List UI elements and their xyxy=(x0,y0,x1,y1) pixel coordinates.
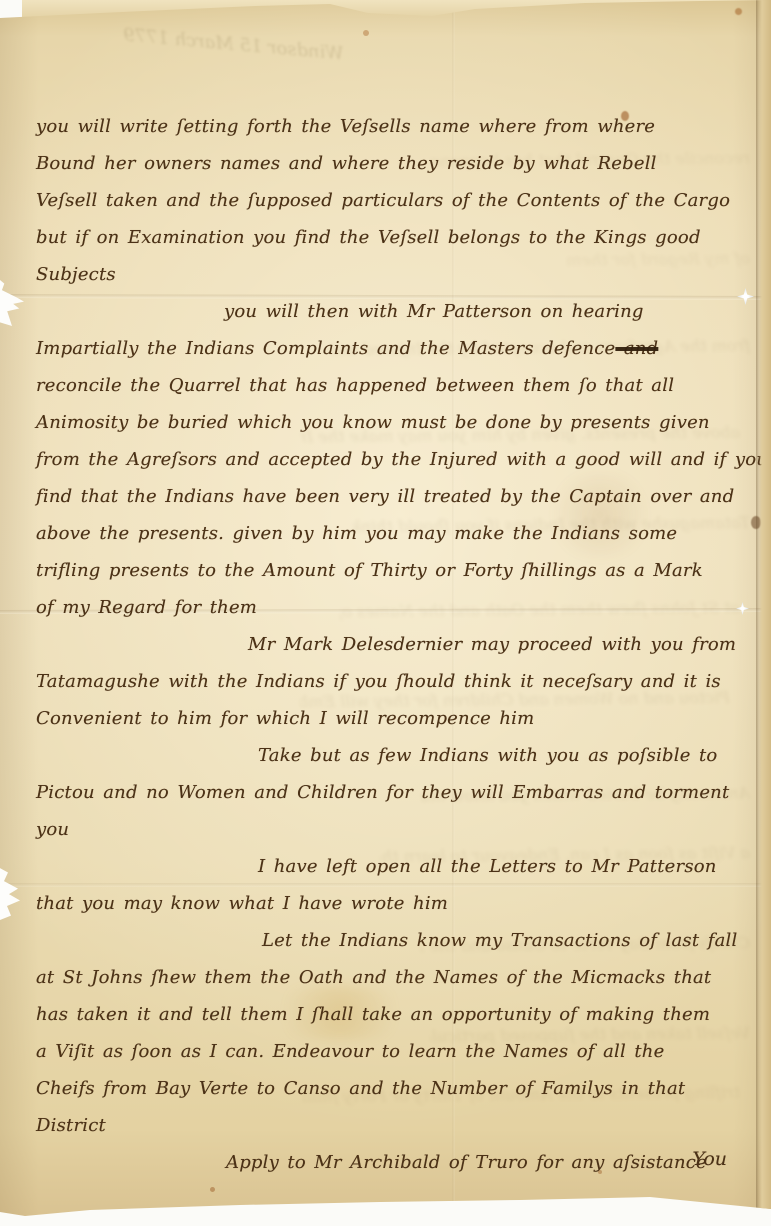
letter-line: you xyxy=(36,811,752,848)
letter-line: above the presents. given by him you may… xyxy=(36,515,752,552)
letter-line: Cheifs from Bay Verte to Canso and the N… xyxy=(36,1070,752,1107)
stain xyxy=(363,30,369,36)
letter-line: reconcile the Quarrel that has happened … xyxy=(36,367,752,404)
letter-line: from the Agreſsors and accepted by the I… xyxy=(36,441,752,478)
letter-line: Let the Indians know my Transactions of … xyxy=(36,922,752,959)
stain xyxy=(210,1187,215,1192)
letter-line: at St Johns ſhew them the Oath and the N… xyxy=(36,959,752,996)
letter-line: Animosity be buried which you know must … xyxy=(36,404,752,441)
letter-line: District xyxy=(36,1107,752,1144)
catchword: You xyxy=(692,1148,727,1170)
letter-line: Take but as few Indians with you as poſs… xyxy=(36,737,752,774)
letter-line: that you may know what I have wrote him xyxy=(36,885,752,922)
letter-line: but if on Examination you find the Veſse… xyxy=(36,219,752,256)
struck-out-word: and xyxy=(615,338,658,359)
stain xyxy=(735,8,742,15)
letter-line: a Viſit as ſoon as I can. Endeavour to l… xyxy=(36,1033,752,1070)
letter-line: Pictou and no Women and Children for the… xyxy=(36,774,752,811)
letter-body: you will write ſetting forth the Veſsell… xyxy=(36,108,752,1181)
letter-line: Veſsell taken and the ſupposed particula… xyxy=(36,182,752,219)
letter-line: you will then with Mr Patterson on heari… xyxy=(36,293,752,330)
letter-line: Bound her owners names and where they re… xyxy=(36,145,752,182)
letter-line: of my Regard for them xyxy=(36,589,752,626)
letter-line: trifling presents to the Amount of Thirt… xyxy=(36,552,752,589)
letter-line: you will write ſetting forth the Veſsell… xyxy=(36,108,752,145)
adjacent-page-edge xyxy=(756,0,771,1211)
letter-line: has taken it and tell them I ſhall take … xyxy=(36,996,752,1033)
letter-line: Tatamagushe with the Indians if you ſhou… xyxy=(36,663,752,700)
letter-line: Convenient to him for which I will recom… xyxy=(36,700,752,737)
letter-page: Windsor 15 March 1779 reconcile the Quar… xyxy=(0,0,771,1226)
bleedthrough-date: Windsor 15 March 1779 xyxy=(34,17,345,65)
letter-line: find that the Indians have been very ill… xyxy=(36,478,752,515)
letter-line: Impartially the Indians Complaints and t… xyxy=(36,330,752,367)
letter-line: Subjects xyxy=(36,256,752,293)
letter-line: Apply to Mr Archibald of Truro for any a… xyxy=(36,1144,752,1181)
letter-line: Mr Mark Delesdernier may proceed with yo… xyxy=(36,626,752,663)
letter-line: I have left open all the Letters to Mr P… xyxy=(36,848,752,885)
scanned-document: Windsor 15 March 1779 reconcile the Quar… xyxy=(0,0,771,1226)
